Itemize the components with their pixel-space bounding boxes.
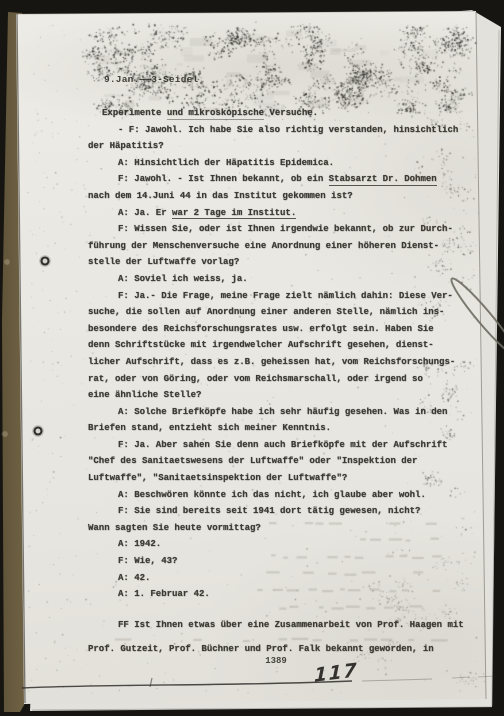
typed-line: suche, die sollen auf Anordnung einer an… (88, 304, 464, 321)
typed-line: A: Ja. Er war 2 Tage im Institut. (88, 205, 464, 222)
typed-line: führung der Menschenversuche eine Anordn… (88, 238, 464, 255)
typed-line: F: Wissen Sie, oder ist Ihnen irgendwie … (88, 221, 464, 238)
typed-page-number: 1389 (88, 656, 464, 666)
typed-line: nach dem 14.Juni 44 in das Institut geko… (88, 188, 464, 205)
typed-line: Wann sagten Sie heute vormittag? (88, 520, 464, 537)
typed-line: - F: Jawohl. Ich habe Sie also richtig v… (88, 122, 464, 139)
typed-line: FF Ist Ihnen etwas über eine Zusammenarb… (88, 617, 464, 634)
typed-line: licher Aufschrift, dass es z.B. geheisse… (88, 354, 464, 371)
typed-line: A: 42. (88, 570, 464, 587)
typed-line: Briefen stand, entzieht sich meiner Kenn… (88, 420, 464, 437)
typed-line: F: Jawohl. - Ist Ihnen bekannt, ob ein S… (88, 171, 464, 188)
typed-line: A: Soviel ich weiss, ja. (88, 271, 464, 288)
typed-line: A: 1. Februar 42. (88, 586, 464, 603)
typed-line: A: 1942. (88, 536, 464, 553)
typed-line: F: Ja. Aber sahen Sie denn auch Briefköp… (88, 437, 464, 454)
typed-line: eine ähnliche Stelle? (88, 387, 464, 404)
document-page: 9.Jan.――3-Seidel Experimente und mikrosk… (0, 0, 504, 716)
typed-line: Luftwaffe", "Sanitaetsinspektion der Luf… (88, 470, 464, 487)
typed-line: besondere des Reichsforschungsrates usw.… (88, 321, 464, 338)
typed-line: F: Ja.- Die Frage, meine Frage zielt näm… (88, 288, 464, 305)
typed-line: A: Beschwören könnte ich das nicht, ich … (88, 487, 464, 504)
document-header: 9.Jan.――3-Seidel (104, 74, 198, 85)
typed-line: der Häpatitis? (88, 138, 464, 155)
typed-text-block: Experimente und mikroskopische Versuche.… (88, 105, 464, 658)
typed-line: rat, oder von Göring, oder vom Reichsmar… (88, 371, 464, 388)
typed-line: F: Sie sind bereits seit 1941 dort tätig… (88, 503, 464, 520)
typed-line: F: Wie, 43? (88, 553, 464, 570)
typed-line: denn Schriftstücke mit irgendwelcher Auf… (88, 337, 464, 354)
scanned-document: 9.Jan.――3-Seidel Experimente und mikrosk… (0, 0, 504, 716)
typed-line: stelle der Luftwaffe vorlag? (88, 254, 464, 271)
typed-line: A: Solche Briefköpfe habe ich sehr häufi… (88, 404, 464, 421)
typed-line: Experimente und mikroskopische Versuche. (88, 105, 464, 122)
typed-line: "Chef des Sanitaetswesens der Luftwaffe"… (88, 453, 464, 470)
typed-line: A: Hinsichtlich der Häpatitis Epidemica. (88, 155, 464, 172)
